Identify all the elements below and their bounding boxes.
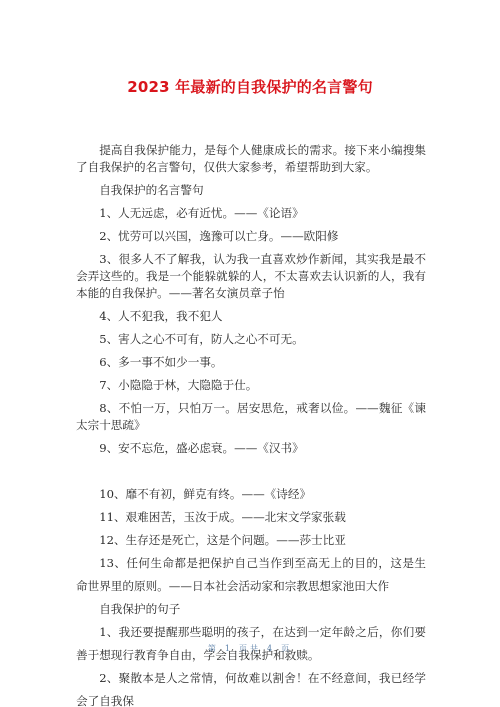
blank-line — [76, 460, 426, 483]
quote-item: 9、安不忘危，盛必虑衰。——《汉书》 — [76, 437, 426, 460]
page-label-suffix: 页 — [281, 644, 292, 653]
quote-item: 1、人无远虑，必有近忧。——《论语》 — [76, 202, 426, 225]
sentence-item: 2、聚散本是人之常情，何故难以割舍！在不经意间，我已经学会了自我保 — [76, 667, 426, 707]
section-heading: 自我保护的名言警句 — [76, 179, 426, 202]
document-body: 提高自我保护能力，是每个人健康成长的需求。接下来小编搜集了自我保护的名言警句，仅… — [76, 139, 426, 707]
page-label-mid: 页共 — [239, 644, 261, 653]
intro-paragraph: 提高自我保护能力，是每个人健康成长的需求。接下来小编搜集了自我保护的名言警句，仅… — [76, 139, 426, 179]
quote-item: 13、任何生命都是把保护自己当作到至高无上的目的，这是生命世界里的原则。——日本… — [76, 552, 426, 598]
quote-item: 8、不怕一万，只怕万一。居安思危，戒奢以俭。——魏征《谏太宗十思疏》 — [76, 397, 426, 437]
quote-item: 2、忧劳可以兴国，逸豫可以亡身。——欧阳修 — [76, 225, 426, 248]
quote-item: 12、生存还是死亡，这是个问题。——莎士比亚 — [76, 529, 426, 552]
page-title: 2023 年最新的自我保护的名言警句 — [0, 76, 500, 97]
page-footer: 第1页共4页 — [0, 643, 500, 654]
quote-item: 5、害人之心不可有，防人之心不可无。 — [76, 328, 426, 351]
quote-item: 3、很多人不了解我，认为我一直喜欢炒作新闻，其实我是最不会弄这些的。我是一个能躲… — [76, 248, 426, 305]
quote-item: 6、多一事不如少一事。 — [76, 351, 426, 374]
current-page-number: 1 — [225, 644, 233, 653]
section-heading: 自我保护的句子 — [76, 598, 426, 621]
quote-item: 11、艰难困苦，玉汝于成。——北宋文学家张载 — [76, 506, 426, 529]
quote-item: 7、小隐隐于林，大隐隐于仕。 — [76, 374, 426, 397]
document-page: 2023 年最新的自我保护的名言警句 提高自我保护能力，是每个人健康成长的需求。… — [0, 0, 500, 707]
quote-item: 10、靡不有初，鲜克有终。——《诗经》 — [76, 483, 426, 506]
quote-item: 4、人不犯我，我不犯人 — [76, 305, 426, 328]
page-label-prefix: 第 — [208, 644, 219, 653]
total-pages-number: 4 — [267, 644, 275, 653]
